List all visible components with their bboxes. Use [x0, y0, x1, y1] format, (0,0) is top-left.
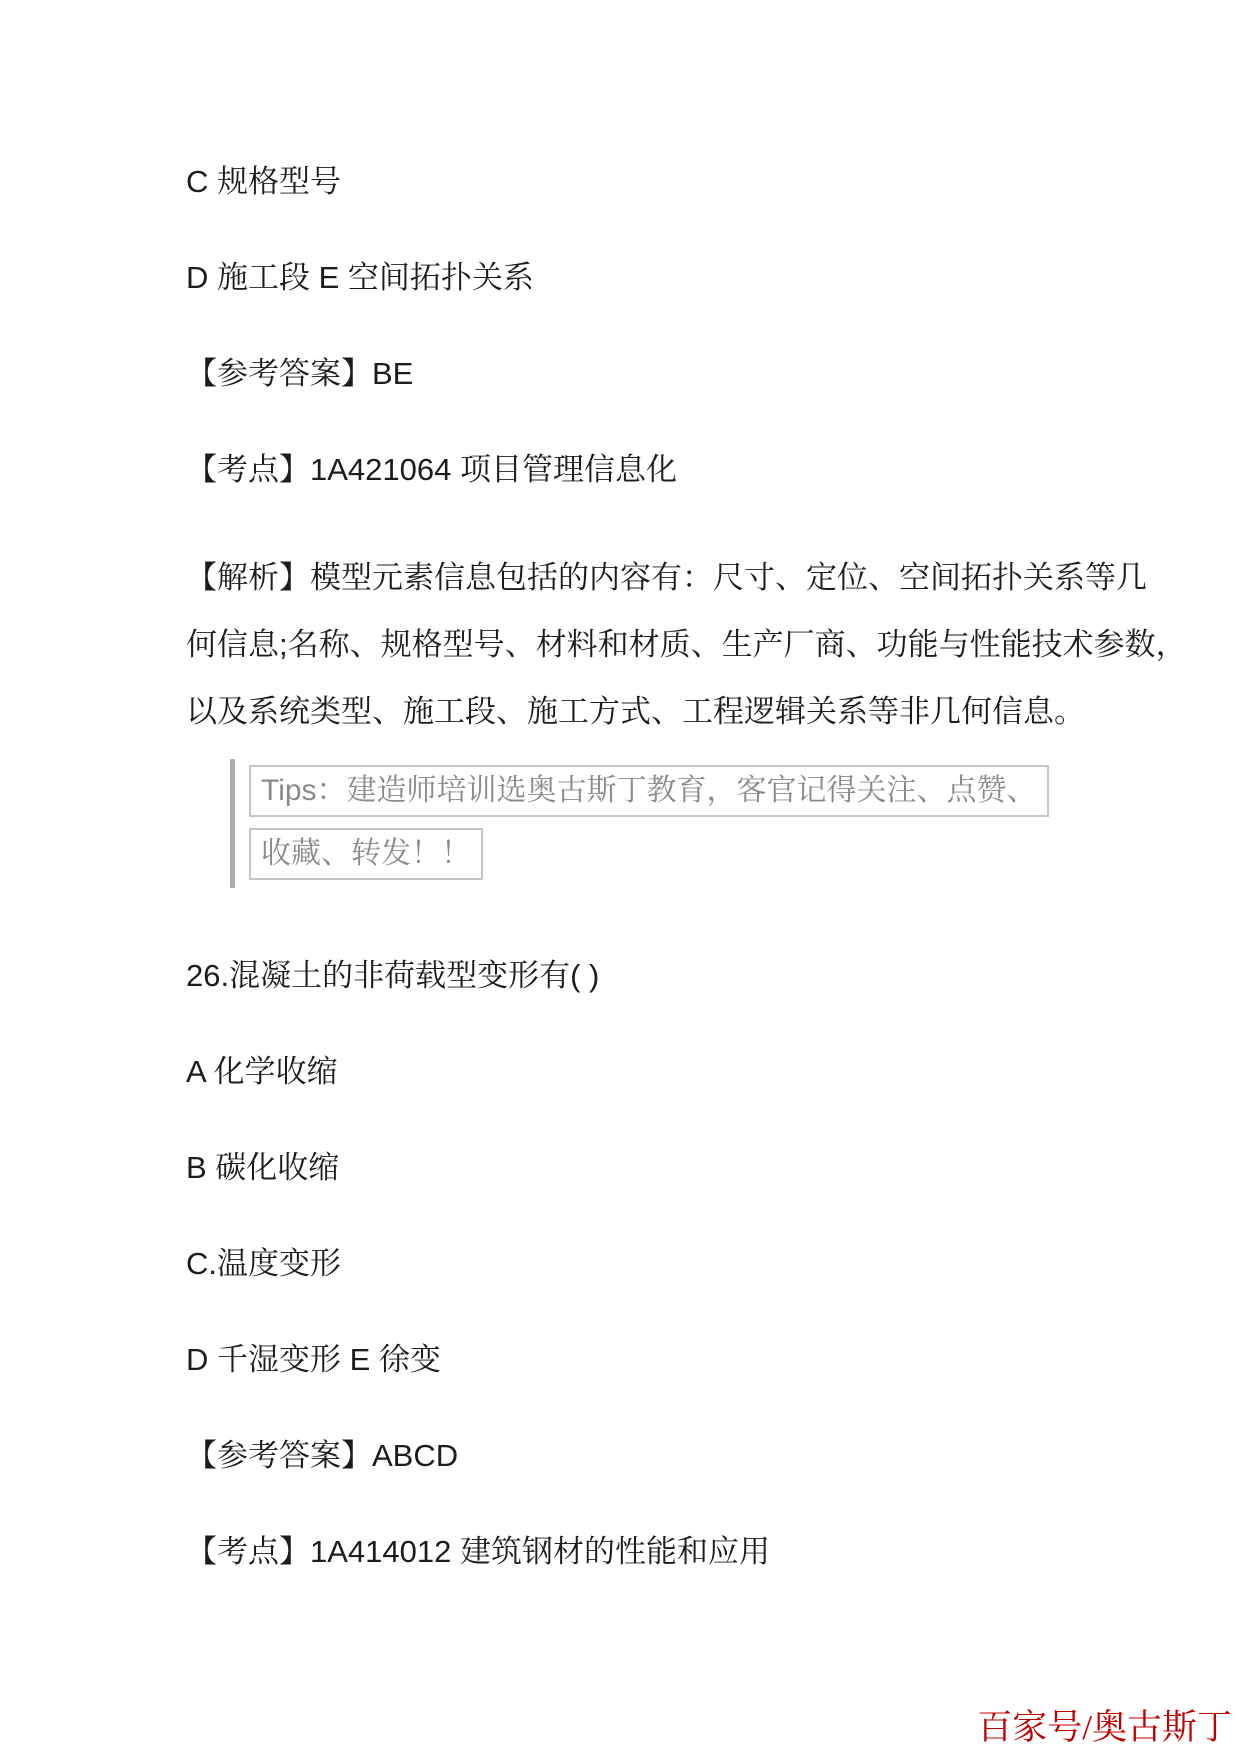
question-26-stem: 26.混凝土的非荷载型变形有( ) [186, 954, 1096, 998]
document-page: C 规格型号 D 施工段 E 空间拓扑关系 【参考答案】BE 【考点】1A421… [0, 0, 1242, 1757]
analysis-line-2: 何信息;名称、规格型号、材料和材质、生产厂商、功能与性能技术参数， [186, 611, 1096, 678]
tips-quote-block: Tips：建造师培训选奥古斯丁教育，客官记得关注、点赞、 收藏、转发！！ [230, 759, 1096, 888]
analysis-line-3: 以及系统类型、施工段、施工方式、工程逻辑关系等非几何信息。 [186, 678, 1096, 745]
prev-question-exam-point: 【考点】1A421064 项目管理信息化 [186, 448, 1096, 492]
tips-box-line-1: Tips：建造师培训选奥古斯丁教育，客官记得关注、点赞、 [249, 765, 1049, 817]
prev-question-analysis: 【解析】模型元素信息包括的内容有：尺寸、定位、空间拓扑关系等几 何信息;名称、规… [186, 544, 1096, 745]
question-26-option-c: C.温度变形 [186, 1242, 1096, 1286]
baijiahao-watermark: 百家号/奥古斯丁 [977, 1708, 1232, 1748]
document-content: C 规格型号 D 施工段 E 空间拓扑关系 【参考答案】BE 【考点】1A421… [186, 0, 1096, 1626]
question-26-option-de: D 千湿变形 E 徐变 [186, 1338, 1096, 1382]
prev-question-option-de: D 施工段 E 空间拓扑关系 [186, 256, 1096, 300]
question-26-option-a: A 化学收缩 [186, 1050, 1096, 1094]
question-26-exam-point: 【考点】1A414012 建筑钢材的性能和应用 [186, 1530, 1096, 1574]
question-26-answer: 【参考答案】ABCD [186, 1434, 1096, 1478]
question-26-option-b: B 碳化收缩 [186, 1146, 1096, 1190]
analysis-line-1: 【解析】模型元素信息包括的内容有：尺寸、定位、空间拓扑关系等几 [186, 544, 1096, 611]
prev-question-option-c: C 规格型号 [186, 160, 1096, 204]
prev-question-answer: 【参考答案】BE [186, 352, 1096, 396]
tips-box-line-2: 收藏、转发！！ [249, 828, 483, 880]
